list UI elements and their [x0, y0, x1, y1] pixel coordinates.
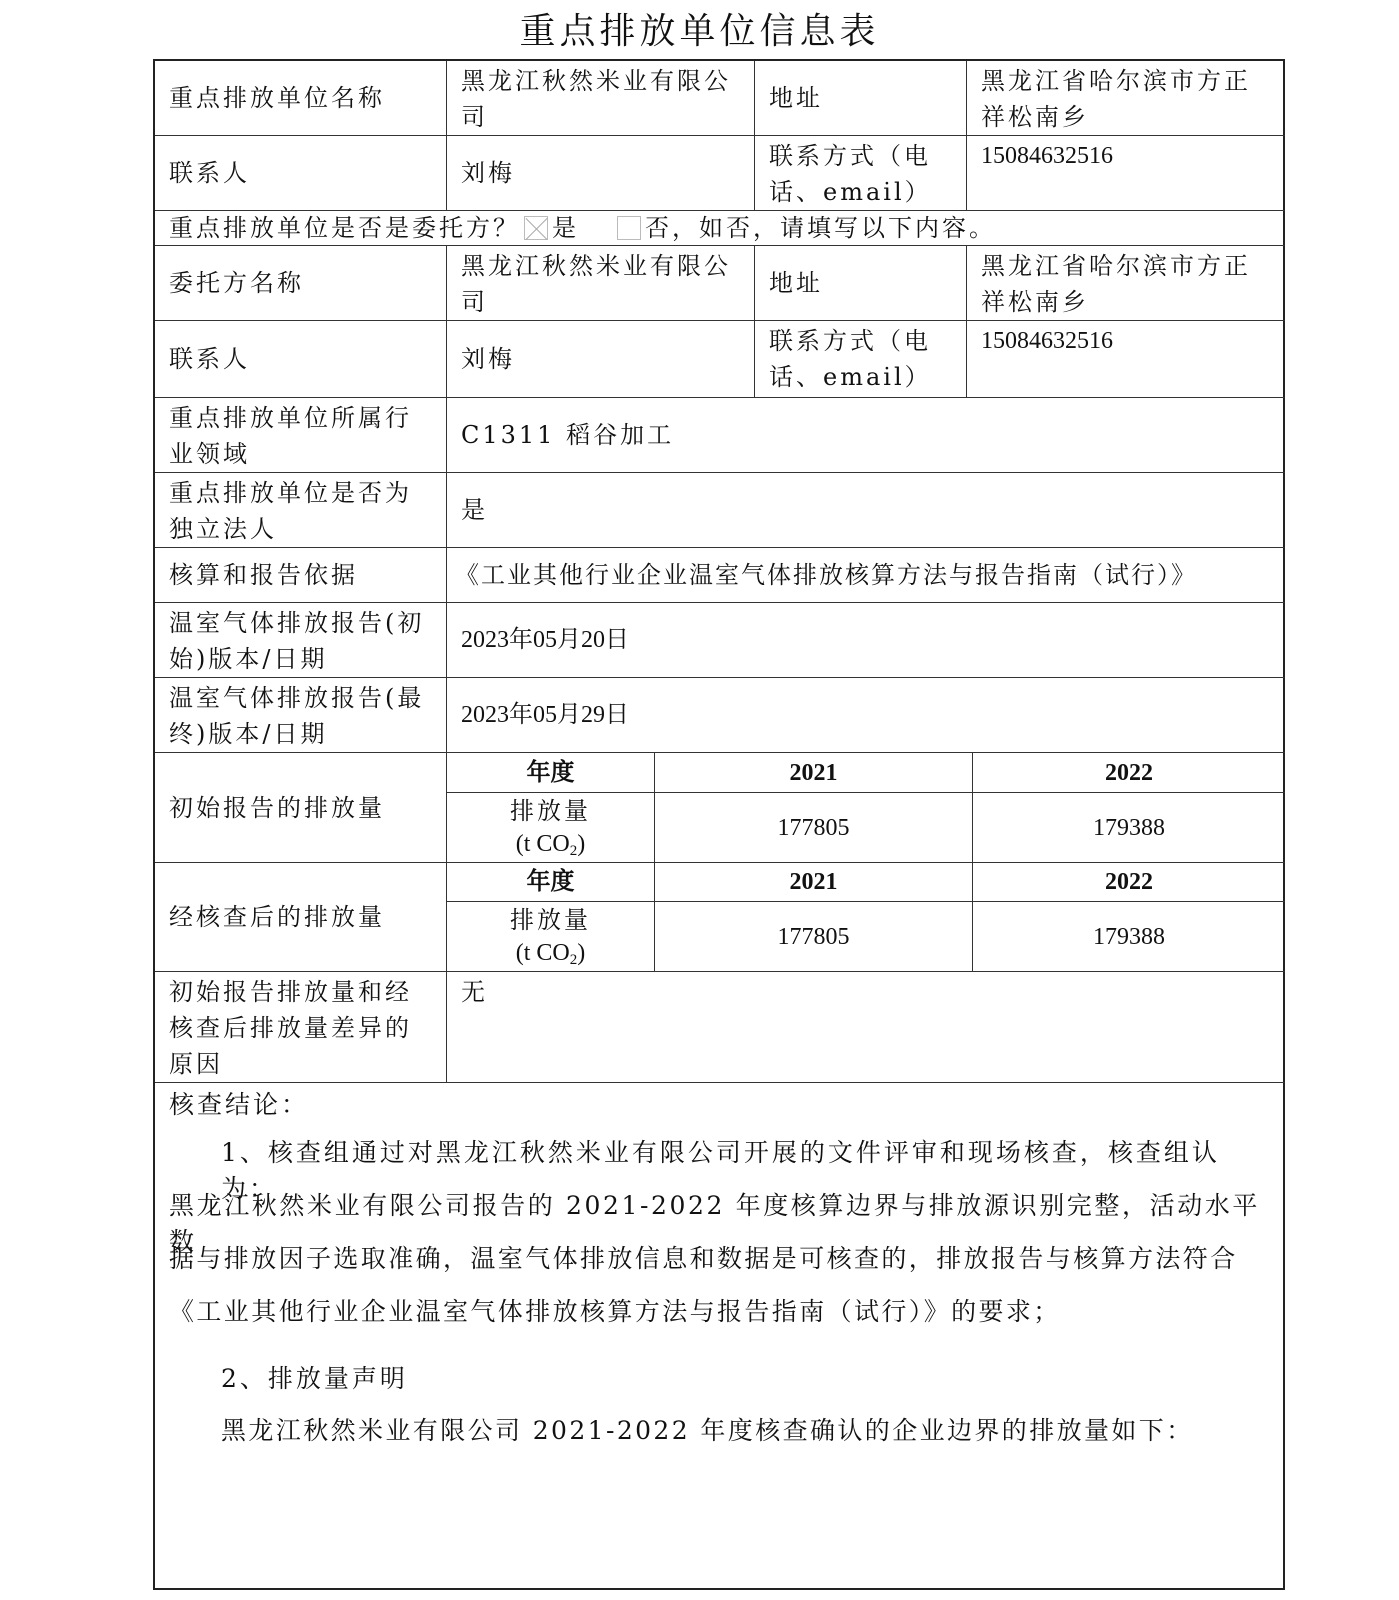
unit-name-label: 重点排放单位名称 — [155, 61, 447, 136]
delegate-question-label: 重点排放单位是否是委托方？ — [169, 211, 520, 246]
initial-year-header: 年度 — [447, 753, 655, 793]
verified-unit-cn: 排放量 — [461, 904, 640, 937]
conclusion-p2-line1: 黑龙江秋然米业有限公司 2021-2022 年度核查确认的企业边界的排放量如下： — [221, 1411, 1269, 1447]
verified-value-2021: 177805 — [655, 902, 973, 972]
no-label: 否，如否，请填写以下内容。 — [645, 211, 996, 246]
delegate-name-label: 委托方名称 — [155, 246, 447, 321]
industry-value: C1311 稻谷加工 — [447, 398, 1285, 473]
unit-post: ) — [577, 940, 585, 966]
initial-emissions-label: 初始报告的排放量 — [155, 753, 447, 863]
legal-person-label: 重点排放单位是否为独立法人 — [155, 473, 447, 548]
verified-value-2022: 179388 — [973, 902, 1285, 972]
final-report-value: 2023年05月29日 — [447, 678, 1285, 753]
final-report-label: 温室气体排放报告(最终)版本/日期 — [155, 678, 447, 753]
initial-value-2021: 177805 — [655, 793, 973, 863]
yes-checkbox[interactable] — [524, 216, 548, 240]
unit-address-label: 地址 — [755, 61, 967, 136]
initial-unit-label: 排放量 (t CO2) — [447, 793, 655, 863]
conclusion-p1-line3: 据与排放因子选取准确，温室气体排放信息和数据是可核查的，排放报告与核算方法符合 — [169, 1239, 1269, 1275]
unit-address-value: 黑龙江省哈尔滨市方正祥松南乡 — [967, 61, 1285, 136]
delegate-phone-label: 联系方式（电话、email） — [755, 321, 967, 398]
unit-phone-label: 联系方式（电话、email） — [755, 136, 967, 211]
basis-label: 核算和报告依据 — [155, 548, 447, 603]
delegate-address-value: 黑龙江省哈尔滨市方正祥松南乡 — [967, 246, 1285, 321]
conclusion-p2-heading: 2、排放量声明 — [221, 1359, 1269, 1395]
initial-year-2021: 2021 — [655, 753, 973, 793]
unit-phone-value: 15084632516 — [967, 136, 1285, 211]
unit-post: ) — [577, 831, 585, 857]
initial-value-2022: 179388 — [973, 793, 1285, 863]
verified-year-2022: 2022 — [973, 863, 1285, 902]
verified-emissions-label: 经核查后的排放量 — [155, 863, 447, 972]
unit-pre: (t CO — [516, 940, 570, 966]
verified-year-header: 年度 — [447, 863, 655, 902]
delegate-name-value: 黑龙江秋然米业有限公司 — [447, 246, 755, 321]
unit-contact-label: 联系人 — [155, 136, 447, 211]
no-checkbox[interactable] — [617, 216, 641, 240]
difference-label: 初始报告排放量和经核查后排放量差异的原因 — [155, 972, 447, 1083]
basis-value: 《工业其他行业企业温室气体排放核算方法与报告指南（试行）》 — [447, 548, 1285, 603]
delegate-phone-value: 15084632516 — [967, 321, 1285, 398]
verified-unit-label: 排放量 (t CO2) — [447, 902, 655, 972]
initial-unit-cn: 排放量 — [461, 795, 640, 828]
initial-report-value: 2023年05月20日 — [447, 603, 1285, 678]
unit-name-value: 黑龙江秋然米业有限公司 — [447, 61, 755, 136]
initial-report-label: 温室气体排放报告(初始)版本/日期 — [155, 603, 447, 678]
delegate-contact-label: 联系人 — [155, 321, 447, 398]
verified-year-2021: 2021 — [655, 863, 973, 902]
delegate-address-label: 地址 — [755, 246, 967, 321]
initial-year-2022: 2022 — [973, 753, 1285, 793]
unit-contact-value: 刘梅 — [447, 136, 755, 211]
page-title: 重点排放单位信息表 — [0, 8, 1399, 56]
info-table: 重点排放单位名称 黑龙江秋然米业有限公司 地址 黑龙江省哈尔滨市方正祥松南乡 联… — [153, 59, 1285, 1590]
unit-pre: (t CO — [516, 831, 570, 857]
industry-label: 重点排放单位所属行业领域 — [155, 398, 447, 473]
conclusion-heading: 核查结论： — [169, 1085, 1269, 1121]
legal-person-value: 是 — [447, 473, 1285, 548]
conclusion-p1-line4: 《工业其他行业企业温室气体排放核算方法与报告指南（试行）》的要求； — [169, 1292, 1269, 1328]
difference-value: 无 — [447, 972, 1285, 1083]
delegate-contact-value: 刘梅 — [447, 321, 755, 398]
delegate-question-row: 重点排放单位是否是委托方？ 是 否，如否，请填写以下内容。 — [155, 211, 1285, 246]
yes-label: 是 — [552, 211, 579, 246]
